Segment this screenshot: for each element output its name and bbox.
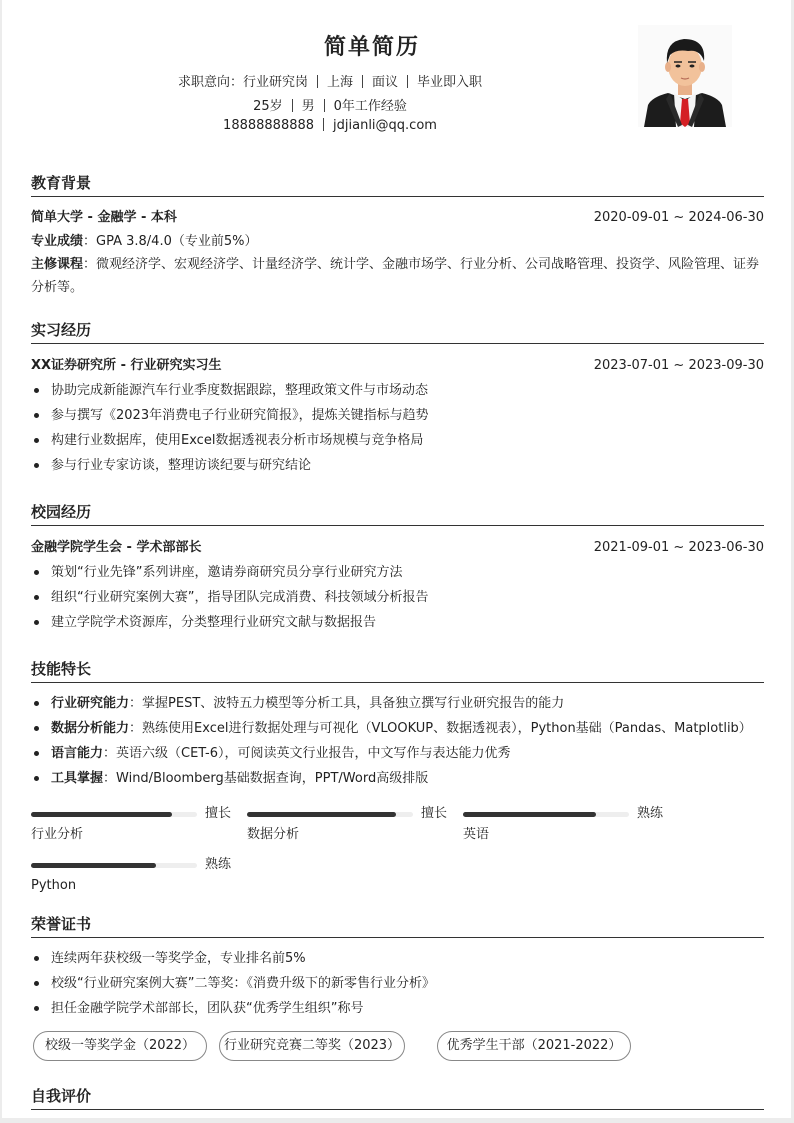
section-title-campus: 校园经历 [31, 501, 764, 526]
self-evaluation-section: 自我评价 [31, 1085, 764, 1110]
list-item: 参与撰写《2023年消费电子行业研究简报》，提炼关键指标与趋势 [31, 403, 764, 428]
skill-text: ：掌握PEST、波特五力模型等分析工具，具备独立撰写行业研究报告的能力 [129, 696, 564, 711]
skill-bar: 擅长 行业分析 [31, 803, 231, 847]
skill-bar-fill [31, 812, 172, 817]
skill-text: ：Wind/Bloomberg基础数据查询，PPT/Word高级排版 [103, 771, 428, 786]
skill-level: 擅长 [205, 803, 231, 825]
internship-org: XX证券研究所 - 行业研究实习生 [31, 358, 222, 373]
campus-bullets: 策划“行业先锋”系列讲座，邀请券商研究员分享行业研究方法 组织“行业研究案例大赛… [31, 560, 764, 635]
skill-bar: 擅长 数据分析 [247, 803, 447, 847]
list-item: 行业研究能力：掌握PEST、波特五力模型等分析工具，具备独立撰写行业研究报告的能… [31, 691, 764, 716]
courses-line: 主修课程：微观经济学、宏观经济学、计量经济学、统计学、金融市场学、行业分析、公司… [31, 253, 764, 299]
skill-name: 英语 [463, 824, 489, 846]
skill-text: ：熟练使用Excel进行数据处理与可视化（VLOOKUP、数据透视表），Pyth… [129, 721, 752, 736]
skill-label: 语言能力 [51, 746, 103, 761]
skill-label: 行业研究能力 [51, 696, 129, 711]
resume-header: 简单简历 求职意向：行业研究岗上海面议毕业即入职 25岁男0年工作经验 1888… [2, 0, 791, 150]
courses-value-wrap: 分析等。 [31, 280, 83, 295]
gender: 男 [302, 99, 315, 114]
list-item: 建立学院学术资源库，分类整理行业研究文献与数据报告 [31, 610, 764, 635]
courses-value: ：微观经济学、宏观经济学、计量经济学、统计学、金融市场学、行业分析、公司战略管理… [83, 257, 759, 272]
list-item: 担任金融学院学术部部长，团队获“优秀学生组织”称号 [31, 996, 764, 1021]
basic-info-line: 25岁男0年工作经验 [2, 95, 658, 114]
skill-bar-track [247, 812, 413, 817]
skill-bar: 熟练 英语 [463, 803, 663, 847]
list-item: 语言能力：英语六级（CET-6），可阅读英文行业报告，中文写作与表达能力优秀 [31, 741, 764, 766]
section-title-self-evaluation: 自我评价 [31, 1085, 764, 1110]
school-degree: 简单大学 - 金融学 - 本科 [31, 210, 177, 225]
avatar [638, 25, 732, 127]
gpa-label: 专业成绩 [31, 234, 83, 249]
skill-bar-fill [247, 812, 396, 817]
experience-years: 0年工作经验 [334, 99, 407, 114]
contact-line: 18888888888jdjianli@qq.com [2, 118, 658, 133]
gpa-line: 专业成绩：GPA 3.8/4.0（专业前5%） [31, 230, 764, 253]
job-intent: 求职意向：行业研究岗 [178, 75, 308, 90]
section-title-skills: 技能特长 [31, 658, 764, 683]
campus-row: 金融学院学生会 - 学术部部长 2021-09-01 ~ 2023-06-30 [31, 535, 764, 560]
divider [292, 99, 293, 112]
list-item: 校级“行业研究案例大赛”二等奖：《消费升级下的新零售行业分析》 [31, 971, 764, 996]
section-title-honors: 荣誉证书 [31, 913, 764, 938]
skill-name: 数据分析 [247, 824, 299, 846]
education-row: 简单大学 - 金融学 - 本科 2020-09-01 ~ 2024-06-30 [31, 205, 764, 230]
education-date: 2020-09-01 ~ 2024-06-30 [594, 205, 764, 230]
section-title-education: 教育背景 [31, 172, 764, 197]
skill-bar-track [31, 863, 197, 868]
internship-row: XX证券研究所 - 行业研究实习生 2023-07-01 ~ 2023-09-3… [31, 353, 764, 378]
skill-bar-fill [463, 812, 596, 817]
divider [317, 75, 318, 88]
divider [324, 99, 325, 112]
location: 上海 [327, 75, 353, 90]
honors-section: 荣誉证书 连续两年获校级一等奖学金，专业排名前5% 校级“行业研究案例大赛”二等… [31, 913, 764, 1021]
email: jdjianli@qq.com [333, 118, 437, 133]
skill-bar-fill [31, 863, 156, 868]
list-item: 参与行业专家访谈，整理访谈纪要与研究结论 [31, 453, 764, 478]
skill-text: ：英语六级（CET-6），可阅读英文行业报告，中文写作与表达能力优秀 [103, 746, 511, 761]
skills-section: 技能特长 行业研究能力：掌握PEST、波特五力模型等分析工具，具备独立撰写行业研… [31, 658, 764, 791]
list-item: 组织“行业研究案例大赛”，指导团队完成消费、科技领域分析报告 [31, 585, 764, 610]
skill-bar-track [463, 812, 629, 817]
resume-page: 简单简历 求职意向：行业研究岗上海面议毕业即入职 25岁男0年工作经验 1888… [2, 0, 791, 1118]
list-item: 连续两年获校级一等奖学金，专业排名前5% [31, 946, 764, 971]
skill-level: 熟练 [205, 854, 231, 876]
list-item: 数据分析能力：熟练使用Excel进行数据处理与可视化（VLOOKUP、数据透视表… [31, 716, 764, 741]
salary: 面议 [372, 75, 398, 90]
resume-name: 简单简历 [2, 30, 742, 61]
age: 25岁 [253, 99, 283, 114]
honor-tag: 优秀学生干部（2021-2022） [437, 1031, 631, 1061]
skill-level: 熟练 [637, 803, 663, 825]
honor-tag: 行业研究竞赛二等奖（2023） [219, 1031, 405, 1061]
skill-bar: 熟练 Python [31, 854, 231, 898]
list-item: 构建行业数据库，使用Excel数据透视表分析市场规模与竞争格局 [31, 428, 764, 453]
divider [407, 75, 408, 88]
skills-bullets: 行业研究能力：掌握PEST、波特五力模型等分析工具，具备独立撰写行业研究报告的能… [31, 691, 764, 791]
list-item: 策划“行业先锋”系列讲座，邀请券商研究员分享行业研究方法 [31, 560, 764, 585]
honors-bullets: 连续两年获校级一等奖学金，专业排名前5% 校级“行业研究案例大赛”二等奖：《消费… [31, 946, 764, 1021]
honor-tag: 校级一等奖学金（2022） [33, 1031, 207, 1061]
skill-label: 工具掌握 [51, 771, 103, 786]
internship-date: 2023-07-01 ~ 2023-09-30 [594, 353, 764, 378]
skill-label: 数据分析能力 [51, 721, 129, 736]
skill-name: Python [31, 875, 76, 897]
campus-org: 金融学院学生会 - 学术部部长 [31, 540, 201, 555]
divider [362, 75, 363, 88]
campus-date: 2021-09-01 ~ 2023-06-30 [594, 535, 764, 560]
internship-section: 实习经历 XX证券研究所 - 行业研究实习生 2023-07-01 ~ 2023… [31, 319, 764, 478]
gpa-value: ：GPA 3.8/4.0（专业前5%） [83, 234, 257, 249]
divider [323, 118, 324, 131]
skill-level: 擅长 [421, 803, 447, 825]
phone: 18888888888 [223, 118, 314, 133]
list-item: 协助完成新能源汽车行业季度数据跟踪，整理政策文件与市场动态 [31, 378, 764, 403]
campus-section: 校园经历 金融学院学生会 - 学术部部长 2021-09-01 ~ 2023-0… [31, 501, 764, 635]
avatar-portrait-icon [638, 25, 732, 127]
availability: 毕业即入职 [417, 75, 482, 90]
section-title-internship: 实习经历 [31, 319, 764, 344]
list-item: 工具掌握：Wind/Bloomberg基础数据查询，PPT/Word高级排版 [31, 766, 764, 791]
job-intent-line: 求职意向：行业研究岗上海面议毕业即入职 [2, 71, 658, 90]
skill-name: 行业分析 [31, 824, 83, 846]
skill-bar-track [31, 812, 197, 817]
education-section: 教育背景 简单大学 - 金融学 - 本科 2020-09-01 ~ 2024-0… [31, 172, 764, 299]
internship-bullets: 协助完成新能源汽车行业季度数据跟踪，整理政策文件与市场动态 参与撰写《2023年… [31, 378, 764, 478]
courses-label: 主修课程 [31, 257, 83, 272]
